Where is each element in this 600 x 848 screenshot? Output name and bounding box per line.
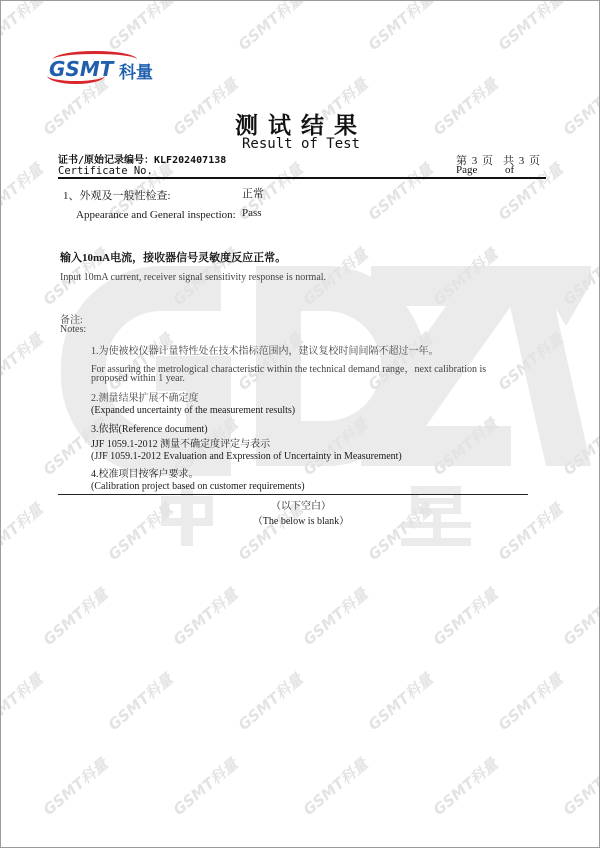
logo-text-cn: 科量 (119, 58, 153, 83)
note-4-cn: 4.校准项目按客户要求。 (91, 465, 199, 480)
appearance-value-en: Pass (242, 207, 262, 219)
watermark-tile: GSMT科量 (233, 668, 306, 734)
watermark-tile: GSMT科量 (0, 668, 47, 734)
watermark-tile: GSMT科量 (0, 328, 47, 394)
sensitivity-text-en: Input 10mA current, receiver signal sens… (60, 272, 326, 283)
appearance-label-en: Appearance and General inspection: (76, 209, 236, 221)
sensitivity-text-cn: 输入10mA电流，接收器信号灵敏度反应正常。 (60, 249, 286, 265)
certificate-number: 证书/原始记录编号：KLF202407138 (58, 151, 226, 166)
note-3-standard-en: (JJF 1059.1-2012 Evaluation and Expressi… (91, 451, 402, 462)
watermark-tile: GSMT科量 (38, 753, 111, 819)
watermark-tile: GSMT科量 (493, 0, 566, 55)
appearance-value-cn: 正常 (242, 185, 264, 201)
content-end-divider (58, 494, 528, 495)
watermark-tile: GSMT科量 (428, 413, 501, 479)
watermark-tile: GSMT科量 (298, 753, 371, 819)
note-2-en: (Expanded uncertainty of the measurement… (91, 405, 295, 416)
watermark-tile: GSMT科量 (0, 498, 47, 564)
watermark-tile: GSMT科量 (168, 583, 241, 649)
appearance-label-cn: 1、外观及一般性检查: (63, 187, 171, 203)
note-1-cn: 1.为使被校仪器计量特性处在技术指标范围内，建议复校时间间隔不超过一年。 (91, 342, 439, 357)
watermark-tile: GSMT科量 (428, 243, 501, 309)
certificate-page: GSMT科量GSMT科量GSMT科量GSMT科量GSMT科量GSMT科量GSMT… (0, 0, 600, 848)
watermark-tile: GSMT科量 (558, 413, 600, 479)
watermark-tile: GSMT科量 (558, 243, 600, 309)
note-3: 3.依据(Reference document) (91, 420, 208, 435)
watermark-tile: GSMT科量 (428, 583, 501, 649)
watermark-tile: GSMT科量 (558, 753, 600, 819)
watermark-tile: GSMT科量 (103, 0, 176, 55)
watermark-tile: GSMT科量 (363, 668, 436, 734)
notes-label-en: Notes: (60, 324, 86, 335)
page-label-en: Page (456, 164, 477, 176)
note-3-standard-cn: JJF 1059.1-2012 测量不确定度评定与表示 (91, 435, 270, 450)
watermark-tile: GSMT科量 (363, 0, 436, 55)
watermark-tile: GSMT科量 (0, 0, 47, 55)
watermark-tile: GSMT科量 (168, 753, 241, 819)
watermark-tile: GSMT科量 (558, 583, 600, 649)
blank-notice-en: （The below is blank） (151, 512, 451, 527)
watermark-tile: GSMT科量 (428, 753, 501, 819)
watermark-tile: GSMT科量 (38, 583, 111, 649)
page-title-en: Result of Test (1, 136, 600, 152)
note-2-cn: 2.测量结果扩展不确定度 (91, 389, 199, 404)
note-4-en: (Calibration project based on customer r… (91, 481, 305, 492)
watermark-tile: GSMT科量 (233, 0, 306, 55)
logo-text: GSMT (49, 57, 113, 81)
company-logo: GSMT 科量 (47, 49, 157, 83)
watermark-tile: GSMT科量 (298, 413, 371, 479)
certificate-number-label-en: Certificate No. (58, 165, 153, 177)
watermark-tile: GSMT科量 (103, 668, 176, 734)
watermark-tile: GSMT科量 (0, 158, 47, 224)
watermark-tile: GSMT科量 (493, 498, 566, 564)
of-label-en: of (505, 164, 514, 176)
watermark-tile: GSMT科量 (493, 328, 566, 394)
header-divider (58, 177, 546, 179)
watermark-tile: GSMT科量 (363, 158, 436, 224)
watermark-tile: GSMT科量 (493, 668, 566, 734)
watermark-tile: GSMT科量 (298, 583, 371, 649)
note-1-en-line2: proposed within 1 year. (91, 373, 185, 384)
blank-notice-cn: （以下空白） (151, 497, 451, 512)
